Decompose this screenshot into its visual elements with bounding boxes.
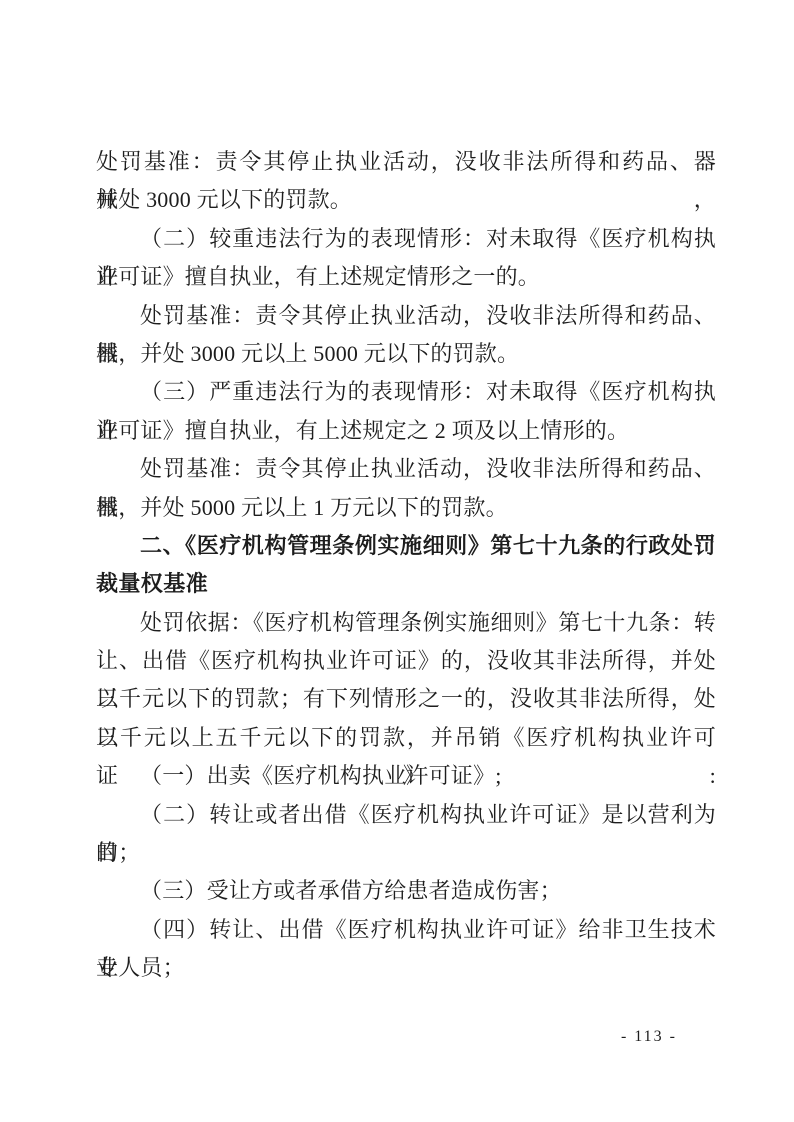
document-page: 处罚基准：责令其停止执业活动，没收非法所得和药品、器械， 并处 3000 元以下…: [0, 0, 794, 1122]
text-line: （三）受让方或者承借方给患者造成伤害；: [96, 872, 716, 910]
text-line: 让、出借《医疗机构执业许可证》的，没收其非法所得，并处以: [96, 642, 716, 680]
text-line: 业人员；: [96, 949, 716, 987]
text-line: （二）转让或者出借《医疗机构执业许可证》是以营利为目: [96, 796, 716, 834]
text-line: 三千元以下的罚款；有下列情形之一的，没收其非法所得，处以: [96, 680, 716, 718]
text-line: 械，并处 3000 元以上 5000 元以下的罚款。: [96, 335, 716, 373]
text-line: 许可证》擅自执业，有上述规定之 2 项及以上情形的。: [96, 412, 716, 450]
document-body: 处罚基准：责令其停止执业活动，没收非法所得和药品、器械， 并处 3000 元以下…: [96, 143, 716, 988]
section-heading: 二、《医疗机构管理条例实施细则》第七十九条的行政处罚: [96, 527, 716, 565]
text-line: 械，并处 5000 元以上 1 万元以下的罚款。: [96, 489, 716, 527]
page-number: - 113 -: [621, 1027, 677, 1047]
text-line: 的；: [96, 834, 716, 872]
text-line: 处罚基准：责令其停止执业活动，没收非法所得和药品、器械，: [96, 143, 716, 181]
text-line: （四）转让、出借《医疗机构执业许可证》给非卫生技术专: [96, 911, 716, 949]
text-line: （二）较重违法行为的表现情形：对未取得《医疗机构执业: [96, 220, 716, 258]
text-line: 处罚依据：《医疗机构管理条例实施细则》第七十九条：转: [96, 604, 716, 642]
text-line: 许可证》擅自执业，有上述规定情形之一的。: [96, 258, 716, 296]
section-heading: 裁量权基准: [96, 565, 716, 603]
text-line: 三千元以上五千元以下的罚款，并吊销《医疗机构执业许可证》:: [96, 719, 716, 757]
text-line: 处罚基准：责令其停止执业活动，没收非法所得和药品、器: [96, 450, 716, 488]
text-line: （三）严重违法行为的表现情形：对未取得《医疗机构执业: [96, 373, 716, 411]
text-line: 处罚基准：责令其停止执业活动，没收非法所得和药品、器: [96, 297, 716, 335]
